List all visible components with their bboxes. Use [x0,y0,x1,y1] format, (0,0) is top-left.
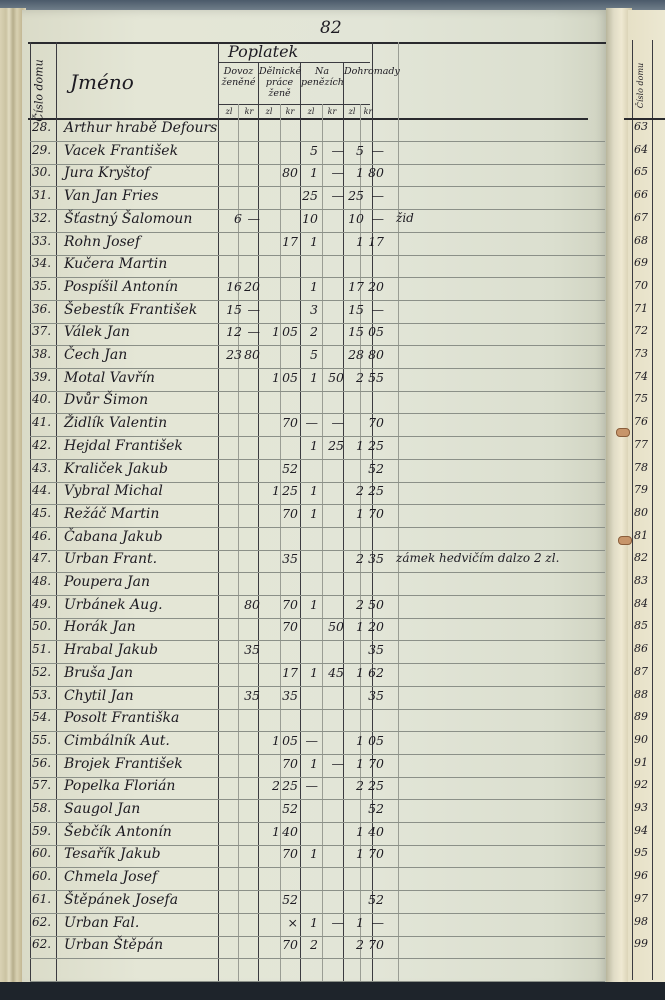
cell-no: 56. [32,756,60,770]
cell-d2: 70 [364,415,384,430]
cell-d1: 1 [346,756,364,771]
right-page-house-number: 93 [634,801,648,814]
table-row: 62.Urban Fal.×1—1— [0,913,600,936]
cell-d2: 52 [364,892,384,907]
cell-no: 40. [32,392,60,406]
cell-a1: 12 [224,324,242,339]
cell-d2: 52 [364,801,384,816]
cell-no: 42. [32,438,60,452]
cell-name: Čech Jan [64,347,127,363]
cell-d2: 80 [364,347,384,362]
cell-b2: 35 [280,551,298,566]
right-page-house-number: 74 [634,370,648,383]
table-row: 28.Arthur hrabě Defours [0,118,600,141]
cell-d2: 55 [364,370,384,385]
cell-c1: 1 [300,165,318,180]
cell-no: 30. [32,165,60,179]
cell-d2: 70 [364,846,384,861]
right-page-house-number: 77 [634,438,648,451]
cell-name: Urbánek Aug. [64,597,163,613]
cell-c2: — [322,143,344,158]
right-page-house-number: 71 [634,302,648,315]
cell-no: 33. [32,234,60,248]
col-line [632,40,633,980]
cell-name: Pospíšil Antonín [64,279,178,295]
cell-c1: 1 [300,483,318,498]
right-page-house-number: 88 [634,688,648,701]
cell-d2: 20 [364,279,384,294]
cell-d1: 1 [346,234,364,249]
cell-d2: 70 [364,937,384,952]
table-row: 55.Cimbálník Aut.105—105 [0,731,600,754]
cell-b2: 52 [280,892,298,907]
cell-no: 29. [32,143,60,157]
cell-c1: 3 [300,302,318,317]
cell-name: Urban Frant. [64,551,157,567]
cell-a2: 80 [242,347,260,362]
cell-name: Šebestík František [64,302,197,318]
cell-b2: 17 [280,234,298,249]
cell-name: Jura Kryštof [64,165,150,181]
cell-d1: 2 [346,937,364,952]
group-rule [218,62,370,63]
cell-no: 44. [32,483,60,497]
cell-d1: 1 [346,846,364,861]
cell-b2: 35 [280,688,298,703]
cell-b2: × [280,915,298,930]
right-page-house-number: 73 [634,347,648,360]
right-page-house-number: 90 [634,733,648,746]
cell-no: 60. [32,846,60,860]
cell-name: Dvůr Šimon [64,392,148,408]
right-page-house-number: 94 [634,824,648,837]
cell-d2: 25 [364,438,384,453]
cell-d2: — [364,915,384,930]
cell-c1: 1 [300,915,318,930]
cell-a2: — [242,211,260,226]
cell-d2: 25 [364,778,384,793]
cell-name: Chytil Jan [64,688,134,704]
cell-a1: 15 [224,302,242,317]
cell-c2: — [322,165,344,180]
cell-c1: 5 [300,347,318,362]
cell-d2: 05 [364,324,384,339]
cell-d1: 5 [346,143,364,158]
cell-c1: 1 [300,438,318,453]
cell-name: Popelka Florián [64,778,175,794]
header-group-title: Poplatek [228,42,298,61]
cell-b2: 70 [280,846,298,861]
cell-name: Brojek František [64,756,183,772]
cell-a1: 23 [224,347,242,362]
table-row: 35.Pospíšil Antonín162011720 [0,277,600,300]
cell-a2: 20 [242,279,260,294]
cell-a2: 80 [242,597,260,612]
cell-c2: 50 [322,619,344,634]
cell-name: Posolt Františka [64,710,179,726]
cell-no: 57. [32,778,60,792]
table-row: 36.Šebestík František15—315— [0,300,600,323]
right-page-house-number: 92 [634,778,648,791]
right-header-house-number: Číslo domu [632,60,650,110]
table-row: 51.Hrabal Jakub3535 [0,640,600,663]
cell-c1: 1 [300,370,318,385]
cell-c1: 25 [300,188,318,203]
table-row: 57.Popelka Florián225—225 [0,776,600,799]
cell-d1: 1 [346,824,364,839]
cell-d2: — [364,211,384,226]
right-page [628,10,665,988]
cell-note: zámek hedvičím dalzo 2 zl. [396,551,559,565]
cell-c2: — [322,756,344,771]
cell-b2: 80 [280,165,298,180]
cell-b2: 40 [280,824,298,839]
table-row: 59.Šebčík Antonín140140 [0,822,600,845]
right-page-house-number: 81 [634,529,648,542]
cell-c1: 1 [300,846,318,861]
table-row: 37.Válek Jan12—10521505 [0,322,600,345]
cell-b2: 70 [280,415,298,430]
header-top-rule [28,42,608,44]
cell-c1: 1 [300,665,318,680]
table-row: 49.Urbánek Aug.80701250 [0,595,600,618]
cell-b1: 2 [262,778,280,793]
binding-ring [616,428,630,437]
cell-d1: 1 [346,619,364,634]
cell-d1: 1 [346,438,364,453]
cell-no: 34. [32,256,60,270]
cell-no: 45. [32,506,60,520]
cell-b1: 1 [262,733,280,748]
right-page-house-number: 79 [634,483,648,496]
right-page-house-number: 76 [634,415,648,428]
cell-name: Van Jan Fries [64,188,158,204]
unit-zl: zl [220,107,238,116]
right-page-house-number: 70 [634,279,648,292]
cell-d2: 35 [364,551,384,566]
cell-d1: 15 [346,302,364,317]
cell-no: 55. [32,733,60,747]
cell-name: Hejdal František [64,438,183,454]
right-page-house-number: 66 [634,188,648,201]
ruled-line [30,958,605,959]
cell-b2: 70 [280,506,298,521]
cell-no: 32. [32,211,60,225]
cell-c1: — [300,733,318,748]
cell-b2: 05 [280,733,298,748]
subheader-labor: Dělnické práce ženě [259,66,300,99]
right-page-house-number: 68 [634,234,648,247]
cell-a2: 35 [242,642,260,657]
subheader-total: Dohromady [344,66,372,77]
cell-d2: 62 [364,665,384,680]
cell-no: 35. [32,279,60,293]
cell-name: Vacek František [64,143,178,159]
cell-name: Kraliček Jakub [64,461,168,477]
binding-ring [618,536,632,545]
book-bottom-edge [0,982,665,1000]
cell-name: Čabana Jakub [64,529,163,545]
cell-name: Hrabal Jakub [64,642,158,658]
table-row: 43.Kraliček Jakub5252 [0,459,600,482]
cell-d2: — [364,302,384,317]
cell-d2: — [364,143,384,158]
cell-a1: 6 [224,211,242,226]
unit-zl: zl [260,107,278,116]
right-page-house-number: 82 [634,551,648,564]
cell-b1: 1 [262,824,280,839]
cell-d1: 17 [346,279,364,294]
cell-b2: 70 [280,619,298,634]
cell-name: Šťastný Šalomoun [64,211,192,227]
cell-name: Štěpánek Josefa [64,892,178,908]
table-row: 34.Kučera Martin [0,254,600,277]
right-page-house-number: 99 [634,937,648,950]
table-row: 30.Jura Kryštof801—180 [0,163,600,186]
cell-c1: 1 [300,597,318,612]
right-page-house-number: 80 [634,506,648,519]
right-page-house-number: 75 [634,392,648,405]
cell-d2: 05 [364,733,384,748]
cell-b2: 05 [280,324,298,339]
cell-a2: — [242,302,260,317]
table-row: 62.Urban Štěpán702270 [0,935,600,958]
cell-d1: 1 [346,665,364,680]
cell-c1: 1 [300,234,318,249]
table-row: 31.Van Jan Fries25—25— [0,186,600,209]
cell-b2: 25 [280,778,298,793]
cell-c2: 25 [322,438,344,453]
cell-name: Válek Jan [64,324,130,340]
unit-kr: kr [323,107,341,116]
cell-c1: — [300,415,318,430]
cell-c1: 2 [300,324,318,339]
right-page-house-number: 69 [634,256,648,269]
cell-d2: 80 [364,165,384,180]
cell-b2: 70 [280,756,298,771]
cell-d1: 1 [346,733,364,748]
unit-kr: kr [359,107,377,116]
cell-name: Motal Vavřín [64,370,155,386]
cell-name: Šebčík Antonín [64,824,172,840]
cell-no: 41. [32,415,60,429]
cell-d2: 35 [364,688,384,703]
cell-a1: 16 [224,279,242,294]
table-row: 60.Tesařík Jakub701170 [0,844,600,867]
cell-no: 39. [32,370,60,384]
cell-d1: 2 [346,551,364,566]
cell-d2: 52 [364,461,384,476]
cell-no: 60. [32,869,60,883]
cell-d2: — [364,188,384,203]
cell-name: Kučera Martin [64,256,167,272]
table-row: 32.Šťastný Šalomoun6—1010—žid [0,209,600,232]
cell-b2: 52 [280,801,298,816]
right-page-house-number: 87 [634,665,648,678]
cell-c2: 50 [322,370,344,385]
cell-b1: 1 [262,370,280,385]
right-page-house-number: 98 [634,915,648,928]
right-page-house-number: 95 [634,846,648,859]
cell-no: 58. [32,801,60,815]
right-page-house-number: 96 [634,869,648,882]
right-page-house-number: 72 [634,324,648,337]
cell-name: Urban Fal. [64,915,139,931]
right-page-house-number: 97 [634,892,648,905]
cell-no: 51. [32,642,60,656]
subheader-money: Na penězích [301,66,343,88]
unit-rule [218,104,370,105]
right-page-house-number: 67 [634,211,648,224]
cell-d2: 40 [364,824,384,839]
table-row: 58.Saugol Jan5252 [0,799,600,822]
table-row: 44.Vybral Michal1251225 [0,481,600,504]
cell-d1: 2 [346,778,364,793]
cell-c2: 45 [322,665,344,680]
col-line [652,40,653,980]
cell-d1: 15 [346,324,364,339]
table-row: 41.Židlík Valentin70——70 [0,413,600,436]
right-page-house-number: 84 [634,597,648,610]
cell-name: Saugol Jan [64,801,140,817]
page-number: 82 [320,18,342,38]
cell-c1: 5 [300,143,318,158]
cell-name: Režáč Martin [64,506,159,522]
cell-no: 54. [32,710,60,724]
cell-d2: 50 [364,597,384,612]
cell-no: 43. [32,461,60,475]
cell-b2: 05 [280,370,298,385]
cell-no: 50. [32,619,60,633]
cell-b2: 70 [280,597,298,612]
right-page-house-number: 78 [634,461,648,474]
table-row: 38.Čech Jan238052880 [0,345,600,368]
cell-name: Vybral Michal [64,483,163,499]
cell-d1: 28 [346,347,364,362]
cell-name: Urban Štěpán [64,937,163,953]
cell-b2: 70 [280,937,298,952]
cell-c1: 2 [300,937,318,952]
cell-d1: 10 [346,211,364,226]
cell-d2: 20 [364,619,384,634]
cell-name: Bruša Jan [64,665,133,681]
table-row: 50.Horák Jan7050120 [0,617,600,640]
cell-no: 31. [32,188,60,202]
cell-name: Tesařík Jakub [64,846,161,862]
right-page-house-number: 64 [634,143,648,156]
table-row: 33.Rohn Josef171117 [0,232,600,255]
cell-a2: — [242,324,260,339]
cell-d2: 35 [364,642,384,657]
cell-d1: 1 [346,915,364,930]
table-row: 60.Chmela Josef [0,867,600,890]
subheader-import: Dovoz ženěné [219,66,258,88]
table-row: 29.Vacek František5—5— [0,141,600,164]
right-page-house-number: 63 [634,120,648,133]
table-row: 53.Chytil Jan353535 [0,686,600,709]
cell-no: 62. [32,915,60,929]
cell-b1: 1 [262,324,280,339]
header-house-number: Číslo domu [24,60,54,120]
table-row: 39.Motal Vavřín105150255 [0,368,600,391]
table-row: 47.Urban Frant.35235zámek hedvičím dalzo… [0,549,600,572]
cell-no: 62. [32,937,60,951]
cell-d2: 17 [364,234,384,249]
cell-c2: — [322,915,344,930]
cell-no: 47. [32,551,60,565]
cell-note: žid [396,211,414,225]
cell-c1: 1 [300,756,318,771]
cell-b2: 52 [280,461,298,476]
right-page-house-number: 89 [634,710,648,723]
cell-c1: 1 [300,279,318,294]
table-row: 40.Dvůr Šimon [0,390,600,413]
cell-d1: 1 [346,165,364,180]
right-page-house-number: 85 [634,619,648,632]
table-row: 48.Poupera Jan [0,572,600,595]
cell-b2: 25 [280,483,298,498]
cell-c1: 10 [300,211,318,226]
right-page-house-number: 86 [634,642,648,655]
unit-kr: kr [281,107,299,116]
cell-name: Židlík Valentin [64,415,167,431]
cell-name: Horák Jan [64,619,136,635]
cell-name: Chmela Josef [64,869,157,885]
cell-no: 46. [32,529,60,543]
unit-kr: kr [240,107,258,116]
cell-no: 28. [32,120,60,134]
cell-b2: 17 [280,665,298,680]
cell-a2: 35 [242,688,260,703]
header-name: Jméno [70,70,134,94]
cell-d2: 25 [364,483,384,498]
table-row: 45.Režáč Martin701170 [0,504,600,527]
table-row: 46.Čabana Jakub [0,527,600,550]
cell-d1: 2 [346,597,364,612]
cell-no: 38. [32,347,60,361]
cell-name: Rohn Josef [64,234,140,250]
cell-no: 59. [32,824,60,838]
cell-no: 53. [32,688,60,702]
cell-name: Poupera Jan [64,574,150,590]
cell-name: Cimbálník Aut. [64,733,170,749]
cell-d2: 70 [364,506,384,521]
cell-no: 36. [32,302,60,316]
cell-no: 52. [32,665,60,679]
cell-c1: 1 [300,506,318,521]
right-page-house-number: 91 [634,756,648,769]
cell-d1: 1 [346,506,364,521]
cell-no: 49. [32,597,60,611]
cell-b1: 1 [262,483,280,498]
table-row: 42.Hejdal František125125 [0,436,600,459]
cell-no: 61. [32,892,60,906]
right-page-house-number: 83 [634,574,648,587]
table-row: 54.Posolt Františka [0,708,600,731]
cell-c2: — [322,188,344,203]
table-row: 56.Brojek František701—170 [0,754,600,777]
cell-d1: 2 [346,370,364,385]
cell-d1: 25 [346,188,364,203]
table-row: 52.Bruša Jan17145162 [0,663,600,686]
cell-no: 48. [32,574,60,588]
table-row: 61.Štěpánek Josefa5252 [0,890,600,913]
cell-name: Arthur hrabě Defours [64,120,217,136]
unit-zl: zl [302,107,320,116]
cell-c1: — [300,778,318,793]
cell-no: 37. [32,324,60,338]
cell-d2: 70 [364,756,384,771]
